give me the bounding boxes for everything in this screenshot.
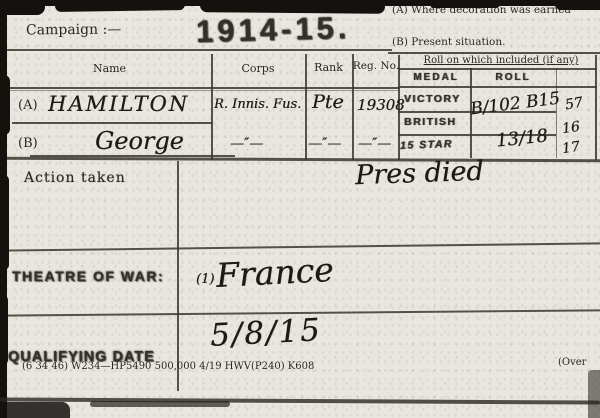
scan-artifact-bottom-blob [90, 401, 230, 407]
roll-entry-15star: 13/18 [495, 125, 549, 151]
scan-artifact-left-blob [0, 295, 8, 365]
scan-artifact-left-blob [0, 175, 9, 270]
campaign-underline [0, 49, 392, 51]
col-header-corps: Corps [211, 62, 305, 75]
col-header-reg-no: Reg. No. [352, 60, 400, 72]
notes-underline [388, 52, 600, 54]
corner-note-b: (B) Present situation. [392, 36, 505, 48]
row-a-underline [12, 122, 212, 124]
theatre-number: (1) [196, 272, 214, 287]
scan-artifact-top-blob [200, 0, 385, 14]
theatre-of-war-stamp: THEATRE OF WAR: [12, 268, 164, 284]
grid-line [0, 87, 400, 89]
section-divider [0, 242, 600, 251]
page-value-15star: 17 [561, 139, 581, 157]
over-note: (Over [558, 357, 586, 368]
corps-ditto-b: —″— [230, 136, 263, 152]
scan-artifact-top-corner [555, 0, 600, 10]
grid-line [595, 55, 597, 160]
page-value-british: 16 [561, 119, 581, 137]
roll-col-header: ROLL [472, 72, 554, 83]
grid-line [556, 68, 557, 158]
corps-value-a: R. Innis. Fus. [214, 97, 301, 112]
col-header-rank: Rank [305, 61, 352, 74]
grid-line [398, 86, 597, 88]
medal-15star-stamp: 15 STAR [400, 138, 453, 152]
print-code-line: (6 34 46) W234—HP5490 500,000 4/19 HWV(P… [22, 361, 314, 372]
action-taken-value: Pres died [354, 156, 484, 191]
qualifying-date-value: 5/8/15 [209, 312, 323, 354]
medal-col-header: MEDAL [404, 72, 468, 83]
scan-artifact-right-corner [588, 370, 600, 418]
grid-line [398, 68, 597, 70]
rank-ditto-b: —″— [308, 136, 341, 152]
scan-artifact-top-blob [430, 0, 500, 8]
scan-artifact-top-corner [0, 0, 45, 15]
campaign-label: Campaign :— [26, 22, 121, 39]
col-header-name: Name [8, 62, 211, 75]
scan-artifact-bottom-corner [0, 402, 70, 418]
campaign-stamp: 1914-15. [196, 10, 351, 50]
medal-index-card: Campaign :— 1914-15. (A) Where decoratio… [0, 0, 600, 418]
table-bottom-line [0, 157, 600, 163]
roll-entry-victory-british: B/102 B15 [469, 89, 561, 120]
scan-artifact-top-blob [55, 0, 185, 12]
name-value-a: HAMILTON [48, 92, 189, 116]
name-value-b: George [95, 127, 184, 155]
theatre-value: France [215, 250, 335, 295]
action-taken-label: Action taken [24, 170, 126, 186]
center-vertical-line [177, 161, 179, 391]
medal-victory-stamp: VICTORY [404, 93, 461, 105]
page-value-victory: 57 [564, 95, 584, 114]
medal-british-stamp: BRITISH [404, 116, 457, 128]
roll-included-header: Roll on which included (if any) [405, 55, 597, 66]
row-b-prefix: (B) [18, 136, 38, 151]
reg-no-value-a: 19308 [357, 96, 405, 114]
scan-artifact-left-blob [0, 75, 10, 135]
reg-no-ditto-b: —″— [358, 136, 391, 152]
row-a-prefix: (A) [18, 98, 38, 113]
rank-value-a: Pte [312, 91, 344, 113]
